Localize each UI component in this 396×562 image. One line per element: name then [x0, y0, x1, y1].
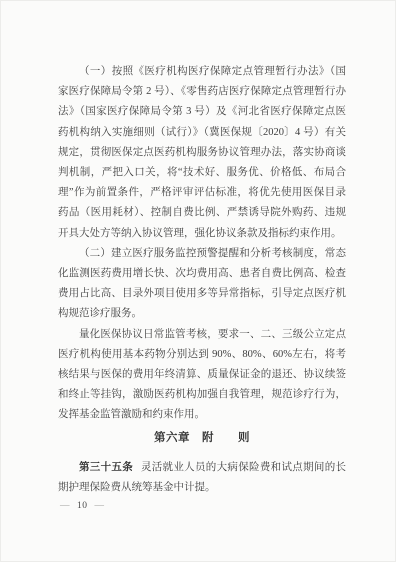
footer-left-dash: — — [60, 501, 70, 511]
paragraph-item-2: （二）建立医疗服务监控预警提醒和分析考核制度，常态化监测医药费用增长快、次均费用… — [58, 244, 346, 325]
paragraph-item-3: 量化医保协议日常监管考核，要求一、二、三级公立定点医疗机构使用基本药物分别达到 … — [58, 325, 346, 426]
footer-page-number: 10 — [77, 501, 88, 511]
document-text-block: （一）按照《医疗机构医疗保障定点管理暂行办法》（国家医疗保障局令第 2 号）、《… — [58, 62, 346, 498]
paragraph-item-1: （一）按照《医疗机构医疗保障定点管理暂行办法》（国家医疗保障局令第 2 号）、《… — [58, 62, 346, 244]
footer-right-dash: — — [95, 501, 105, 511]
article-paragraph: 第三十五条灵活就业人员的大病保险费和试点期间的长期护理保险费从统筹基金中计提。 — [58, 458, 346, 498]
article-number: 第三十五条 — [79, 462, 133, 473]
document-page: （一）按照《医疗机构医疗保障定点管理暂行办法》（国家医疗保障局令第 2 号）、《… — [0, 0, 396, 562]
chapter-heading: 第六章 附 则 — [58, 428, 346, 448]
page-number-footer: —10— — [60, 500, 105, 512]
